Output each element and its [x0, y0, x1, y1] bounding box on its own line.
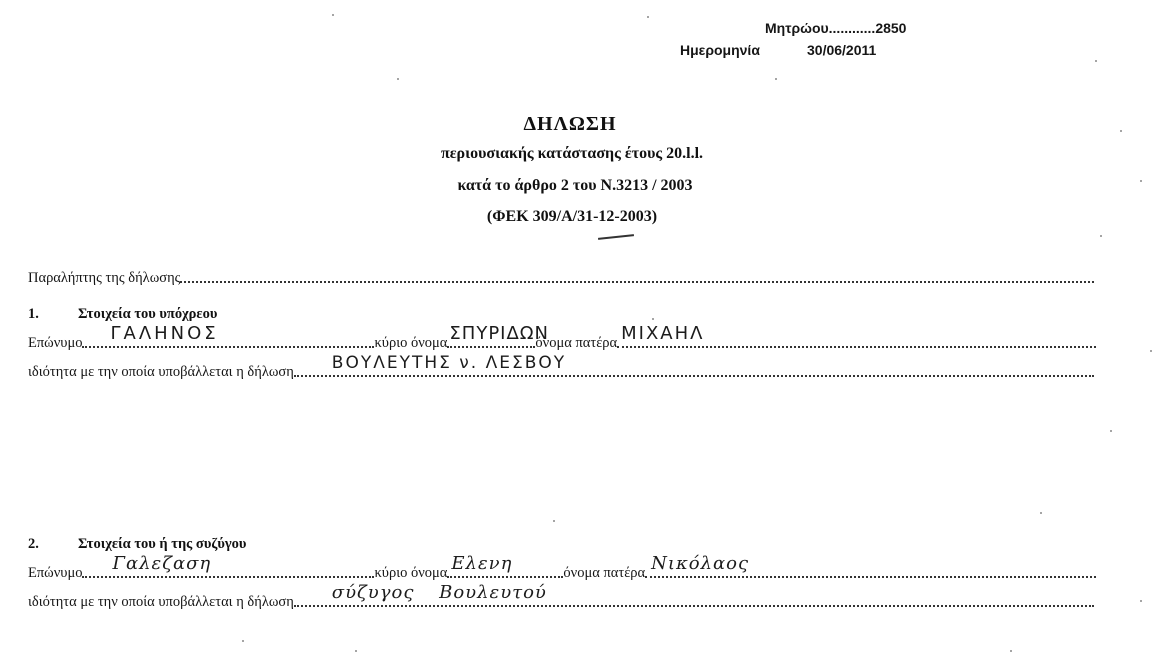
section1-firstname-field[interactable]: ΣΠΥΡΙΔΩΝ [447, 345, 535, 348]
section1-title: Στοιχεία του υπόχρεου [78, 306, 217, 322]
scan-speck [652, 318, 654, 320]
scan-speck [1100, 235, 1102, 237]
recipient-label: Παραλήπτης της δήλωσης [28, 270, 180, 287]
section2-father-label: όνομα πατέρα [563, 565, 645, 582]
scan-speck [397, 78, 399, 80]
section2-firstname-value: Ελενη [451, 553, 512, 574]
pen-mark [598, 234, 634, 240]
scan-speck [355, 650, 357, 652]
section1-number: 1. [28, 306, 78, 323]
section2-name-row: Επώνυμο Γαλεζαση κύριο όνομα Ελενη όνομα… [28, 565, 1096, 582]
scan-speck [553, 520, 555, 522]
scan-speck [332, 14, 334, 16]
section2-surname-value: Γαλεζαση [112, 553, 211, 574]
recipient-field[interactable]: Παραλήπτης της δήλωσης [28, 270, 1094, 287]
scan-speck [1095, 60, 1097, 62]
section2-firstname-label: κύριο όνομα [374, 565, 447, 582]
section1-heading: 1.Στοιχεία του υπόχρεου [28, 306, 217, 323]
scan-speck [1120, 130, 1122, 132]
document-subtitle: περιουσιακής κατάστασης έτους 20.l.l. [0, 145, 1152, 163]
section1-surname-label: Επώνυμο [28, 335, 82, 352]
recipient-input[interactable] [180, 280, 1094, 283]
section1-capacity-value: ΒΟΥΛΕΥΤΗΣ ν. ΛΕΣΒΟΥ [332, 353, 566, 373]
section2-firstname-field[interactable]: Ελενη [447, 575, 563, 578]
date-label: Ημερομηνία [680, 42, 760, 58]
gazette-reference: (ΦΕΚ 309/Α/31-12-2003) [0, 208, 1152, 226]
date-value: 30/06/2011 [807, 42, 876, 58]
scan-speck [1150, 350, 1152, 352]
scan-speck [647, 16, 649, 18]
section1-surname-field[interactable]: ΓΑΛΗΝΟΣ [82, 345, 374, 348]
scan-speck [775, 78, 777, 80]
scan-speck [1110, 430, 1112, 432]
section1-capacity-label: ιδιότητα με την οποία υποβάλλεται η δήλω… [28, 364, 294, 381]
law-reference: κατά το άρθρο 2 του Ν.3213 / 2003 [0, 177, 1155, 195]
section2-capacity-label: ιδιότητα με την οποία υποβάλλεται η δήλω… [28, 594, 294, 611]
section2-capacity-row: ιδιότητα με την οποία υποβάλλεται η δήλω… [28, 594, 1094, 611]
section1-capacity-row: ιδιότητα με την οποία υποβάλλεται η δήλω… [28, 364, 1094, 381]
scan-speck [1140, 600, 1142, 602]
section1-father-value: ΜΙΧΑΗΛ [621, 323, 704, 344]
scan-speck [1040, 512, 1042, 514]
scan-speck [242, 640, 244, 642]
section1-firstname-value: ΣΠΥΡΙΔΩΝ [449, 323, 549, 344]
document-title: ΔΗΛΩΣΗ [0, 113, 1150, 136]
section2-title: Στοιχεία του ή της συζύγου [78, 536, 246, 552]
section2-father-field[interactable]: Νικόλαος [645, 575, 1096, 578]
section2-number: 2. [28, 536, 78, 553]
section2-capacity-value: σύζυγος Βουλευτού [332, 582, 547, 603]
scan-speck [1140, 180, 1142, 182]
section1-father-field[interactable]: ΜΙΧΑΗΛ [617, 345, 1096, 348]
section2-capacity-field[interactable]: σύζυγος Βουλευτού [294, 604, 1094, 607]
section1-capacity-field[interactable]: ΒΟΥΛΕΥΤΗΣ ν. ΛΕΣΒΟΥ [294, 374, 1094, 377]
section2-surname-field[interactable]: Γαλεζαση [82, 575, 374, 578]
section2-heading: 2.Στοιχεία του ή της συζύγου [28, 536, 246, 553]
section1-firstname-label: κύριο όνομα [374, 335, 447, 352]
section1-name-row: Επώνυμο ΓΑΛΗΝΟΣ κύριο όνομα ΣΠΥΡΙΔΩΝ όνο… [28, 335, 1096, 352]
section2-father-value: Νικόλαος [651, 553, 749, 574]
registry-number: Μητρώου............2850 [765, 20, 906, 36]
section1-surname-value: ΓΑΛΗΝΟΣ [110, 323, 218, 344]
scan-speck [1010, 650, 1012, 652]
section2-surname-label: Επώνυμο [28, 565, 82, 582]
